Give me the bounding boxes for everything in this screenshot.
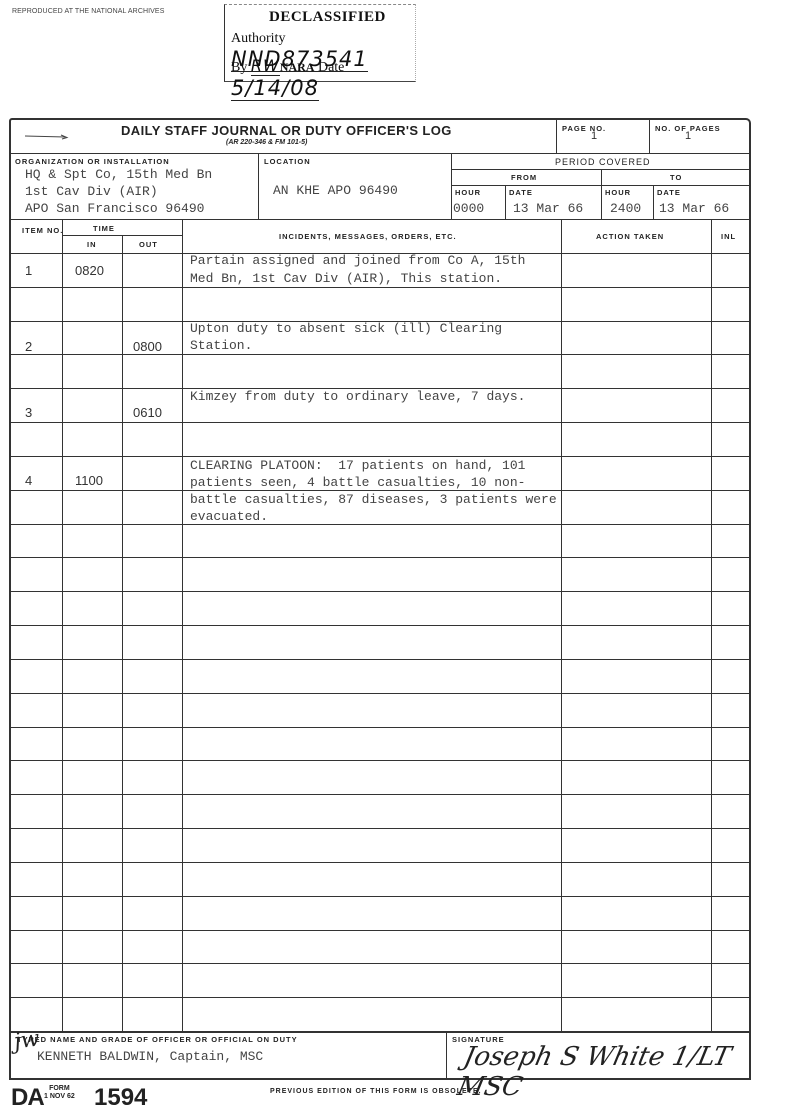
declassification-stamp: DECLASSIFIED Authority NND873541 By RWNA… bbox=[224, 4, 416, 82]
row-divider bbox=[11, 760, 751, 761]
footer-form-label: FORM 1 NOV 62 bbox=[44, 1085, 75, 1101]
to-label: TO bbox=[670, 173, 682, 182]
form-title: DAILY STAFF JOURNAL OR DUTY OFFICER'S LO… bbox=[121, 123, 452, 138]
time-header: TIME bbox=[93, 224, 115, 233]
to-date-label: DATE bbox=[657, 188, 681, 197]
footer-form-word: FORM bbox=[44, 1085, 75, 1093]
date-value: 5/14/08 bbox=[231, 76, 319, 101]
row-divider bbox=[11, 930, 751, 931]
page-no-label: PAGE NO. bbox=[562, 124, 606, 133]
no-of-pages-value: 1 bbox=[685, 130, 691, 142]
row-divider bbox=[11, 659, 751, 660]
entry-4-text-line-4: evacuated. bbox=[190, 509, 268, 524]
entry-1-text-line-2: Med Bn, 1st Cav Div (AIR), This station. bbox=[190, 271, 502, 286]
entry-4-in: 1100 bbox=[75, 473, 103, 488]
entry-2-text-line-2: Station. bbox=[190, 338, 252, 353]
initial-mark: jw bbox=[12, 1026, 41, 1054]
entry-1-item: 1 bbox=[25, 263, 32, 278]
arrow-mark-icon bbox=[25, 134, 69, 140]
footer-da: DA bbox=[11, 1084, 44, 1112]
item-no-header: ITEM NO. bbox=[22, 226, 63, 235]
by-label: By bbox=[231, 60, 247, 75]
entry-2-item: 2 bbox=[25, 339, 32, 354]
entry-4-text-line-3: battle casualties, 87 diseases, 3 patien… bbox=[190, 492, 557, 507]
nara-label: NARA bbox=[280, 60, 315, 74]
row-divider bbox=[11, 524, 751, 525]
row-divider bbox=[11, 557, 751, 558]
row-divider bbox=[11, 693, 751, 694]
row-divider bbox=[11, 625, 751, 626]
officer-label: TYPED NAME AND GRADE OF OFFICER OR OFFIC… bbox=[17, 1035, 298, 1044]
organization-line-3: APO San Francisco 96490 bbox=[25, 201, 204, 216]
from-date-value: 13 Mar 66 bbox=[513, 201, 583, 216]
entry-1-in: 0820 bbox=[75, 263, 104, 278]
time-out-header: OUT bbox=[139, 240, 158, 249]
row-divider bbox=[11, 287, 751, 288]
footer-form-date: 1 NOV 62 bbox=[44, 1093, 75, 1101]
row-divider bbox=[11, 456, 751, 457]
organization-line-1: HQ & Spt Co, 15th Med Bn bbox=[25, 167, 212, 182]
row-divider bbox=[11, 422, 751, 423]
row-divider bbox=[11, 591, 751, 592]
entry-3-item: 3 bbox=[25, 405, 32, 420]
entry-1-text-line-1: Partain assigned and joined from Co A, 1… bbox=[190, 253, 525, 268]
organization-label: ORGANIZATION OR INSTALLATION bbox=[15, 157, 170, 166]
date-label: Date bbox=[318, 60, 344, 75]
officer-name: KENNETH BALDWIN, Captain, MSC bbox=[37, 1049, 263, 1064]
entry-3-out: 0610 bbox=[133, 405, 162, 420]
incidents-header: INCIDENTS, MESSAGES, ORDERS, ETC. bbox=[279, 232, 457, 241]
row-divider bbox=[11, 963, 751, 964]
period-covered-label: PERIOD COVERED bbox=[555, 157, 651, 167]
page-no-value: 1 bbox=[591, 130, 597, 142]
from-hour-label: HOUR bbox=[455, 188, 481, 197]
from-label: FROM bbox=[511, 173, 537, 182]
entry-4-text-line-1: CLEARING PLATOON: 17 patients on hand, 1… bbox=[190, 458, 525, 473]
organization-line-2: 1st Cav Div (AIR) bbox=[25, 184, 158, 199]
form-subtitle: (AR 220-346 & FM 101-5) bbox=[226, 139, 307, 146]
archive-note: REPRODUCED AT THE NATIONAL ARCHIVES bbox=[12, 8, 164, 15]
action-taken-header: ACTION TAKEN bbox=[596, 232, 664, 241]
to-date-value: 13 Mar 66 bbox=[659, 201, 729, 216]
time-in-header: IN bbox=[87, 240, 97, 249]
entry-4-text-line-2: patients seen, 4 battle casualties, 10 n… bbox=[190, 475, 525, 490]
row-divider bbox=[11, 862, 751, 863]
signature: Joseph S White 1/LT MSC bbox=[455, 1042, 756, 1102]
from-hour-value: 0000 bbox=[453, 201, 484, 216]
row-divider bbox=[11, 997, 751, 998]
entry-2-out: 0800 bbox=[133, 339, 162, 354]
stamp-by-line: By RWNARA Date 5/14/08 bbox=[231, 56, 415, 100]
footer-form-number: 1594 bbox=[94, 1084, 147, 1112]
to-hour-value: 2400 bbox=[610, 201, 641, 216]
row-divider bbox=[11, 354, 751, 355]
row-divider bbox=[11, 896, 751, 897]
location-value: AN KHE APO 96490 bbox=[273, 183, 398, 198]
by-initials: RW bbox=[251, 56, 280, 76]
entry-3-text-line-1: Kimzey from duty to ordinary leave, 7 da… bbox=[190, 389, 525, 404]
authority-label: Authority bbox=[231, 31, 285, 46]
stamp-title: DECLASSIFIED bbox=[269, 9, 386, 26]
from-date-label: DATE bbox=[509, 188, 533, 197]
inl-header: INL bbox=[721, 232, 736, 241]
row-divider bbox=[11, 794, 751, 795]
location-label: LOCATION bbox=[264, 157, 311, 166]
entry-2-text-line-1: Upton duty to absent sick (ill) Clearing bbox=[190, 321, 502, 336]
row-divider bbox=[11, 727, 751, 728]
row-divider bbox=[11, 828, 751, 829]
entry-4-item: 4 bbox=[25, 473, 32, 488]
footer-obsolete-note: PREVIOUS EDITION OF THIS FORM IS OBSOLET… bbox=[270, 1088, 482, 1095]
to-hour-label: HOUR bbox=[605, 188, 631, 197]
duty-log-form: DAILY STAFF JOURNAL OR DUTY OFFICER'S LO… bbox=[9, 118, 751, 1080]
